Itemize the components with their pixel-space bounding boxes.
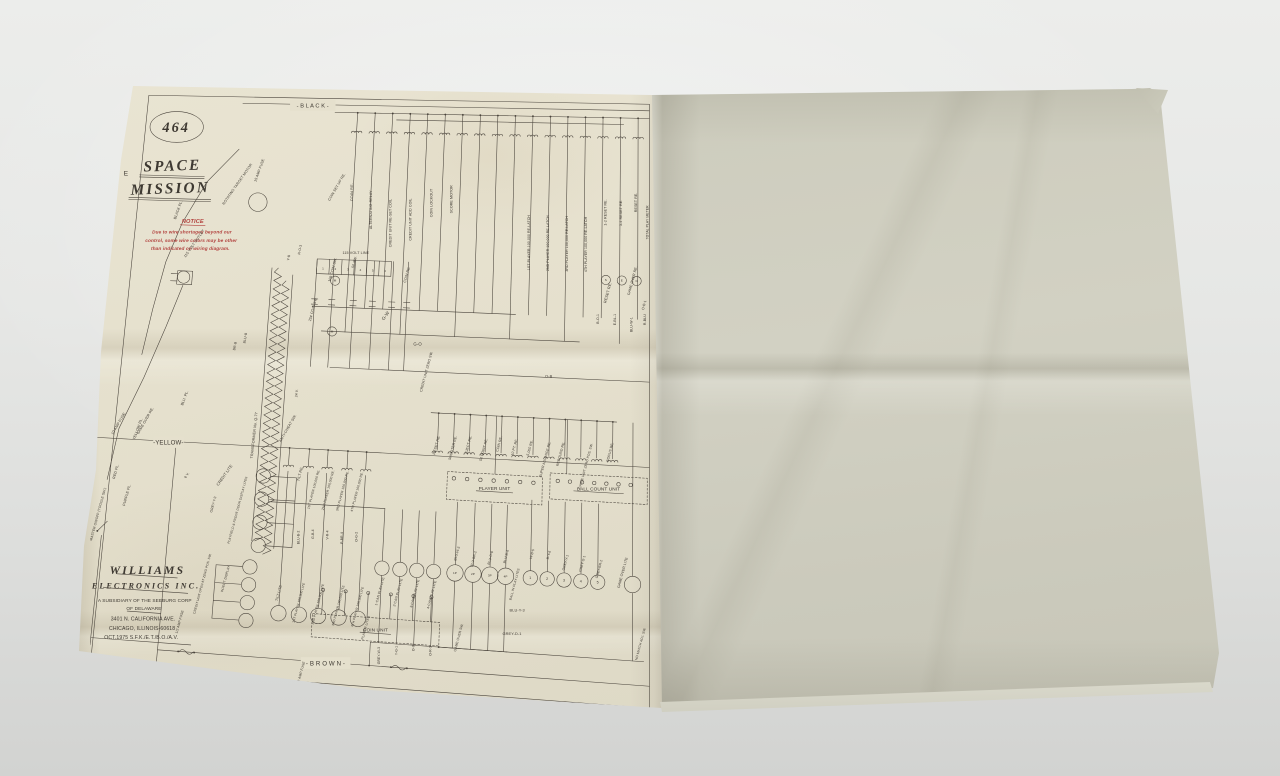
svg-text:TILT RE.: TILT RE. bbox=[296, 466, 304, 482]
svg-text:A SUBSIDIARY OF THE SEEBURG CO: A SUBSIDIARY OF THE SEEBURG CORP bbox=[98, 598, 192, 604]
svg-text:ELECTRONICS INC.: ELECTRONICS INC. bbox=[91, 581, 200, 590]
svg-text:5: 5 bbox=[597, 581, 599, 585]
svg-text:V-R-4: V-R-4 bbox=[326, 530, 330, 539]
svg-text:EJECT RE.: EJECT RE. bbox=[464, 435, 473, 454]
svg-text:G-W: G-W bbox=[381, 310, 391, 321]
svg-text:3-4 RESET RE.: 3-4 RESET RE. bbox=[619, 200, 623, 226]
svg-text:O-B: O-B bbox=[545, 374, 553, 379]
svg-text:4: 4 bbox=[359, 268, 361, 272]
svg-text:E: E bbox=[124, 170, 129, 177]
svg-text:2-CAN PLAY LITE: 2-CAN PLAY LITE bbox=[392, 577, 404, 607]
svg-text:B-Y-6: B-Y-6 bbox=[546, 550, 552, 560]
svg-text:O-R-3: O-R-3 bbox=[429, 646, 433, 656]
svg-text:COIN RE.: COIN RE. bbox=[403, 266, 411, 283]
blank-back-page bbox=[648, 80, 1224, 714]
svg-text:G-O: G-O bbox=[413, 342, 422, 347]
svg-text:C: C bbox=[635, 279, 638, 283]
svg-text:Y-G-1: Y-G-1 bbox=[394, 646, 398, 655]
svg-text:NO MATCH ADJ. SW.: NO MATCH ADJ. SW. bbox=[634, 627, 647, 661]
svg-text:3RD PLAYER 100,000 RE-LATCH: 3RD PLAYER 100,000 RE-LATCH bbox=[565, 216, 569, 272]
svg-text:6: 6 bbox=[384, 269, 386, 273]
svg-text:BALL IN PLAY LITES: BALL IN PLAY LITES bbox=[508, 567, 521, 600]
svg-text:1ST PLAYER 100,000 RE-LATCH: 1ST PLAYER 100,000 RE-LATCH bbox=[527, 215, 531, 270]
svg-text:4TH PLAYER 100,000 RE-LATCH: 4TH PLAYER 100,000 RE-LATCH bbox=[584, 216, 588, 272]
svg-text:BLU. PL.: BLU. PL. bbox=[180, 390, 189, 406]
svg-text:RESET RE.: RESET RE. bbox=[634, 192, 638, 212]
svg-text:464: 464 bbox=[161, 120, 190, 136]
svg-text:BLU-W-1: BLU-W-1 bbox=[629, 317, 633, 332]
svg-text:BLU-B: BLU-B bbox=[242, 332, 248, 344]
svg-text:ALTERNATING RELAY: ALTERNATING RELAY bbox=[369, 190, 373, 229]
svg-text:E-BL-1: E-BL-1 bbox=[613, 314, 617, 325]
svg-text:BR-B: BR-B bbox=[232, 341, 238, 351]
svg-text:4TH PLAYER 100,000 LITE: 4TH PLAYER 100,000 LITE bbox=[350, 586, 365, 627]
svg-text:SPACE: SPACE bbox=[143, 157, 201, 176]
svg-text:Due to wire shortages beyond o: Due to wire shortages beyond our bbox=[152, 230, 233, 236]
svg-text:MASTER ON/OFF (TOGGLE SW.): MASTER ON/OFF (TOGGLE SW.) bbox=[90, 487, 107, 541]
svg-text:3: 3 bbox=[351, 702, 355, 710]
svg-text:G-B-4: G-B-4 bbox=[311, 529, 315, 539]
svg-text:BLU-BR-2: BLU-BR-2 bbox=[470, 551, 478, 568]
svg-text:24 V.: 24 V. bbox=[294, 389, 299, 398]
svg-text:4: 4 bbox=[580, 579, 582, 583]
svg-text:2: 2 bbox=[208, 691, 212, 699]
svg-text:RED PL.: RED PL. bbox=[112, 464, 120, 480]
svg-text:6 V.: 6 V. bbox=[183, 472, 190, 479]
svg-text:BLU-B-2: BLU-B-2 bbox=[296, 531, 300, 545]
svg-text:BLU-Y-3: BLU-Y-3 bbox=[510, 608, 525, 613]
svg-text:D: D bbox=[101, 269, 106, 276]
svg-text:GAME OVER LITE: GAME OVER LITE bbox=[617, 556, 629, 588]
svg-text:2P: 2P bbox=[471, 572, 475, 576]
svg-text:M: M bbox=[334, 279, 337, 283]
svg-text:1: 1 bbox=[322, 267, 324, 271]
svg-text:GAME OVER SW.: GAME OVER SW. bbox=[453, 623, 464, 652]
svg-text:50 POINT RE.: 50 POINT RE. bbox=[479, 438, 489, 462]
svg-text:3RD PLAYER 100,000 RE.: 3RD PLAYER 100,000 RE. bbox=[335, 470, 350, 511]
svg-text:COIN RE.: COIN RE. bbox=[349, 183, 354, 201]
svg-text:OCT.1975 S.F.K./E.T./B.O./A.V.: OCT.1975 S.F.K./E.T./B.O./A.V. bbox=[104, 635, 178, 641]
svg-text:SCORE MOTOR: SCORE MOTOR bbox=[449, 185, 453, 213]
svg-text:3: 3 bbox=[563, 578, 565, 582]
svg-text:3401 N. CALIFORNIA AVE.: 3401 N. CALIFORNIA AVE. bbox=[111, 616, 176, 622]
svg-text:SUPER ADVANCE RE.: SUPER ADVANCE RE. bbox=[538, 441, 551, 478]
svg-text:1: 1 bbox=[529, 576, 531, 580]
svg-text:- B L U E -: - B L U E - bbox=[229, 682, 259, 689]
svg-text:S: S bbox=[605, 278, 607, 282]
svg-text:PURPLE PL.: PURPLE PL. bbox=[122, 484, 132, 507]
svg-text:4TH PLAYER 100,000 RE.: 4TH PLAYER 100,000 RE. bbox=[350, 471, 364, 512]
svg-text:3-CAN PLAY LITE: 3-CAN PLAY LITE bbox=[409, 579, 421, 609]
schematic-front-page: .w{stroke:#4a443c;stroke-width:.55;fill:… bbox=[70, 78, 672, 720]
svg-text:PLAYFIELD & FRONT DOOR DISPLAY: PLAYFIELD & FRONT DOOR DISPLAY LITES bbox=[227, 476, 249, 544]
svg-text:GREY-BR-2: GREY-BR-2 bbox=[595, 559, 604, 578]
svg-text:E: E bbox=[621, 279, 623, 283]
svg-text:ROTATING TARGET MOTOR: ROTATING TARGET MOTOR bbox=[222, 163, 254, 206]
svg-text:10 PT. RE.: 10 PT. RE. bbox=[510, 438, 518, 456]
svg-text:BLU-W-3: BLU-W-3 bbox=[453, 546, 461, 561]
svg-text:RESET RE.: RESET RE. bbox=[602, 282, 612, 304]
svg-text:INJECT DISPLAY: INJECT DISPLAY bbox=[220, 565, 231, 593]
svg-text:5¢ SW.: 5¢ SW. bbox=[351, 256, 358, 269]
svg-text:BLU-O-6: BLU-O-6 bbox=[487, 551, 495, 566]
svg-text:2: 2 bbox=[546, 577, 548, 581]
svg-text:GREY-W-3: GREY-W-3 bbox=[377, 647, 381, 664]
schematic-drawing: .w{stroke:#4a443c;stroke-width:.55;fill:… bbox=[90, 86, 665, 715]
svg-text:COIN LOCKOUT: COIN LOCKOUT bbox=[429, 188, 433, 217]
photo-surface: { "scene":{"surface_top":"#ecedeb","surf… bbox=[0, 0, 1280, 776]
svg-text:1P: 1P bbox=[453, 571, 457, 575]
svg-text:W-B-5: W-B-5 bbox=[529, 549, 535, 560]
svg-text:4-CAN PLAY LITE: 4-CAN PLAY LITE bbox=[426, 580, 438, 610]
svg-text:1/2 AMP FUSE: 1/2 AMP FUSE bbox=[175, 609, 185, 634]
svg-text:GREY-D-1: GREY-D-1 bbox=[503, 631, 522, 636]
svg-text:5: 5 bbox=[372, 268, 374, 272]
svg-text:2ND PLAYER 100,000 LITE: 2ND PLAYER 100,000 LITE bbox=[311, 583, 326, 624]
svg-text:P-BR-4: P-BR-4 bbox=[340, 532, 344, 544]
svg-text:1ST PLAYER 100,000 LITE: 1ST PLAYER 100,000 LITE bbox=[291, 582, 306, 623]
svg-text:2ND PLAYER 100,000 RE-LATCH: 2ND PLAYER 100,000 RE-LATCH bbox=[546, 215, 550, 271]
svg-text:GREY-Y-3: GREY-Y-3 bbox=[209, 496, 217, 513]
svg-text:GREY-Y-1: GREY-Y-1 bbox=[562, 554, 570, 571]
svg-text:Y-B: Y-B bbox=[286, 254, 291, 261]
svg-text:CREDIT UNIT RE-SET COIL: CREDIT UNIT RE-SET COIL bbox=[388, 199, 392, 247]
svg-text:3RD PLAYER 100,000 LITE: 3RD PLAYER 100,000 LITE bbox=[331, 585, 346, 626]
svg-text:-YELLOW-: -YELLOW- bbox=[153, 440, 183, 447]
svg-text:CHIME UNIT ZERO POS. SW.: CHIME UNIT ZERO POS. SW. bbox=[578, 443, 594, 489]
svg-text:3: 3 bbox=[347, 267, 349, 271]
svg-text:COIN RE.: COIN RE. bbox=[495, 436, 503, 453]
svg-text:B-O-1: B-O-1 bbox=[596, 314, 600, 324]
svg-text:R-O-3: R-O-3 bbox=[297, 244, 303, 255]
svg-text:4P: 4P bbox=[504, 574, 508, 578]
svg-text:O-G-2: O-G-2 bbox=[355, 532, 359, 542]
svg-text:3P: 3P bbox=[488, 573, 492, 577]
svg-text:2ND PLAYER 100,000 RE.: 2ND PLAYER 100,000 RE. bbox=[321, 470, 336, 511]
svg-text:O-B-1: O-B-1 bbox=[641, 300, 647, 310]
svg-text:TRANSFORMER No. Q-77: TRANSFORMER No. Q-77 bbox=[250, 412, 259, 459]
svg-text:WILLIAMS: WILLIAMS bbox=[110, 563, 185, 577]
svg-text:1/2 AMP FUSE: 1/2 AMP FUSE bbox=[296, 660, 306, 685]
svg-text:BLU-B-4: BLU-B-4 bbox=[503, 549, 510, 563]
svg-text:ANTI-CHEAT SW.: ANTI-CHEAT SW. bbox=[278, 414, 297, 443]
svg-text:4: 4 bbox=[489, 713, 493, 715]
svg-text:115 VOLT LINE: 115 VOLT LINE bbox=[342, 251, 369, 255]
svg-text:CREDIT LITE: CREDIT LITE bbox=[215, 463, 233, 486]
svg-text:O-W: O-W bbox=[412, 643, 416, 651]
svg-text:- B L A C K -: - B L A C K - bbox=[297, 104, 329, 110]
svg-text:GREY-G-1: GREY-G-1 bbox=[578, 555, 586, 572]
svg-text:BLACK PL.: BLACK PL. bbox=[173, 200, 183, 220]
svg-text:TILT LITE: TILT LITE bbox=[275, 584, 283, 601]
svg-text:1ST PLAYER 100,000 RE.: 1ST PLAYER 100,000 RE. bbox=[306, 469, 320, 509]
svg-text:25¢ COIN SW.: 25¢ COIN SW. bbox=[308, 297, 318, 322]
svg-text:CREDIT UNIT ADD COIL: CREDIT UNIT ADD COIL bbox=[409, 198, 413, 240]
svg-text:1-2 RESET RE.: 1-2 RESET RE. bbox=[603, 199, 607, 225]
svg-text:TOTAL PLAY METER: TOTAL PLAY METER bbox=[645, 205, 649, 240]
svg-text:NOTICE: NOTICE bbox=[182, 219, 204, 225]
svg-text:MISSION: MISSION bbox=[129, 179, 210, 199]
svg-text:CHICAGO, ILLINOIS-60618: CHICAGO, ILLINOIS-60618 bbox=[109, 626, 175, 632]
svg-text:RESET RE.: RESET RE. bbox=[432, 435, 441, 455]
svg-text:M: M bbox=[331, 329, 334, 333]
svg-text:1-CAN PLAY LITE: 1-CAN PLAY LITE bbox=[374, 576, 386, 606]
svg-text:R-BLU: R-BLU bbox=[643, 314, 647, 325]
svg-text:15 AMP FUSE: 15 AMP FUSE bbox=[253, 158, 265, 183]
svg-text:- B R O W N -: - B R O W N - bbox=[306, 661, 345, 668]
svg-text:10 AMP FUSE: 10 AMP FUSE bbox=[111, 411, 127, 435]
svg-text:BONUS RE.: BONUS RE. bbox=[606, 442, 615, 462]
svg-text:COIN SET UP RE.: COIN SET UP RE. bbox=[327, 173, 346, 202]
